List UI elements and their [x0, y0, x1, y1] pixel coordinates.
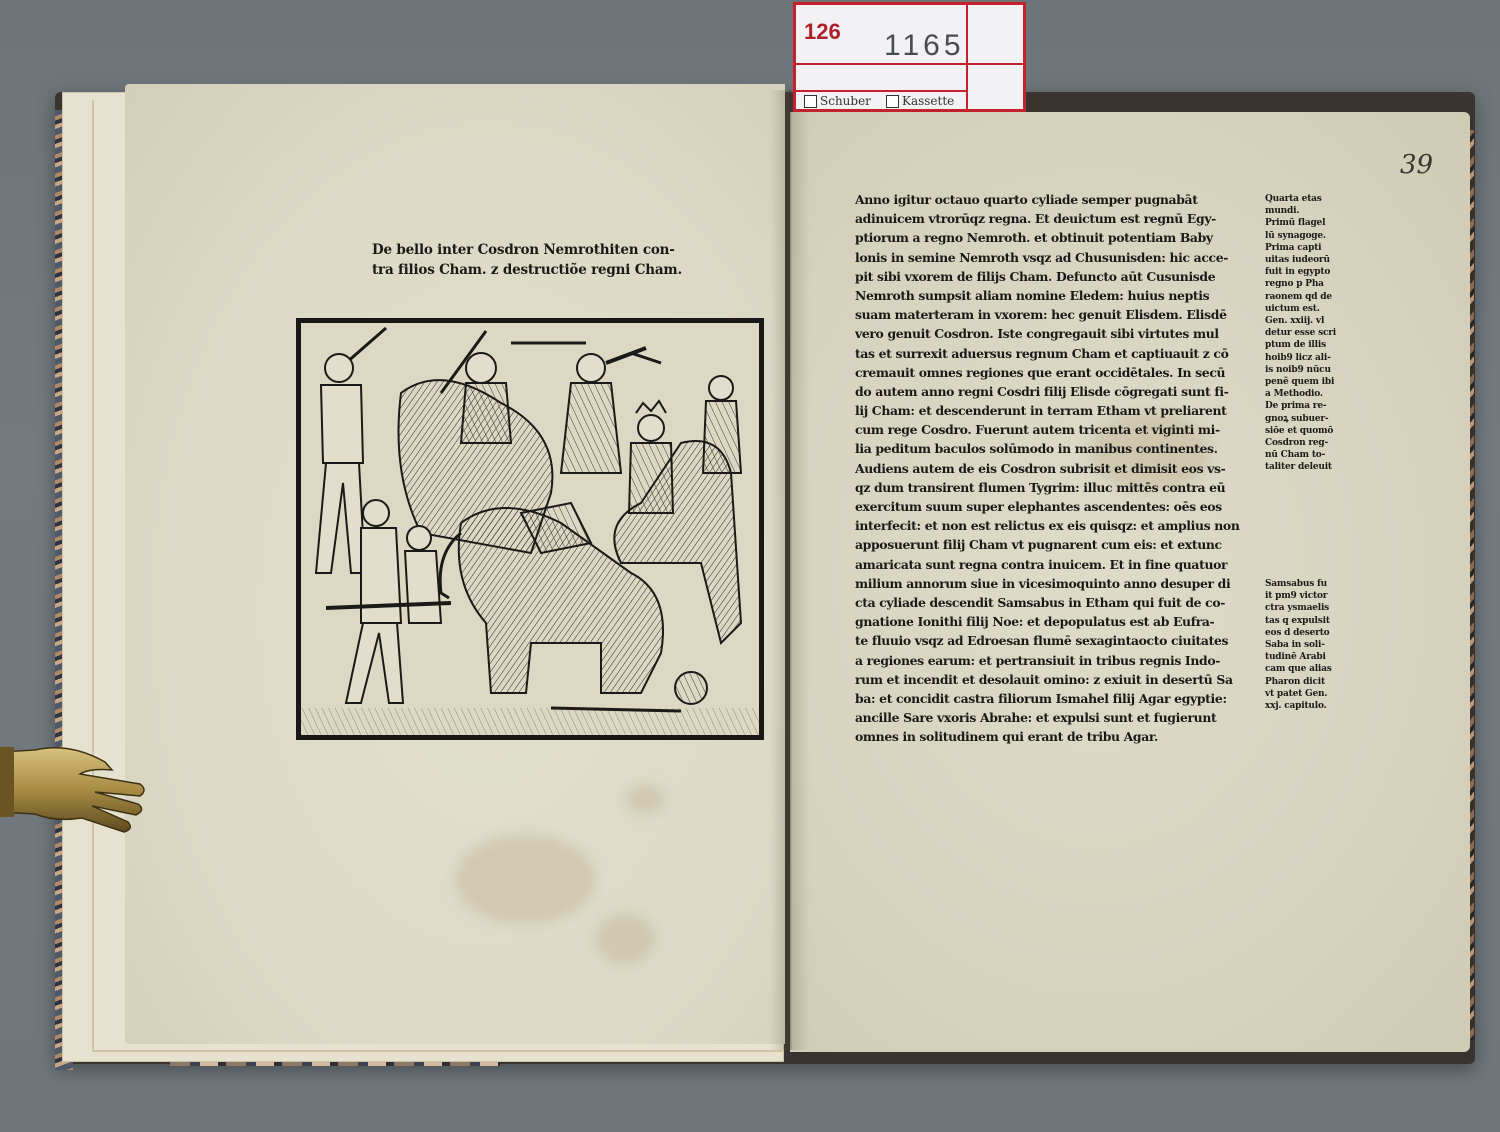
note-line: uitas iudeorū: [1265, 254, 1355, 266]
inventory-number: 1165: [884, 29, 965, 63]
text-line: Nemroth sumpsit aliam nomine Eledem: hui…: [855, 286, 1255, 305]
margin-note-ages-of-world: Quarta etas mundi. Primū flagel lū synag…: [1265, 193, 1355, 474]
text-line: apposuerunt filij Cham vt pugnarent cum …: [855, 535, 1255, 554]
note-line: detur esse scri: [1265, 327, 1355, 339]
text-line: Anno igitur octauo quarto cyliade semper…: [855, 190, 1255, 209]
text-line: cremauit omnes regiones que erant occidē…: [855, 363, 1255, 382]
foxing-stain: [455, 834, 595, 924]
catalogue-label: 126 1165 Schuber Kassette: [793, 2, 1026, 112]
note-line: Primū flagel: [1265, 217, 1355, 229]
text-line: a regiones earum: et pertransiuit in tri…: [855, 651, 1255, 670]
note-line: tas q expulsit: [1265, 615, 1332, 627]
checkbox-kassette[interactable]: Kassette: [886, 94, 954, 108]
label-divider: [796, 90, 966, 92]
note-line: Samsabus fu: [1265, 578, 1332, 590]
note-line: is noib9 nūcu: [1265, 364, 1355, 376]
text-line: vero genuit Cosdron. Iste congregauit si…: [855, 324, 1255, 343]
note-line: gnoꝝ subuer-: [1265, 413, 1355, 425]
note-line: eos d deserto: [1265, 627, 1332, 639]
note-line: Quarta etas: [1265, 193, 1355, 205]
note-line: Pharon dicit: [1265, 676, 1332, 688]
text-line: amaricata sunt regna contra inuicem. Et …: [855, 555, 1255, 574]
text-line: lonis in semine Nemroth vsqz ad Chusunis…: [855, 248, 1255, 267]
book-gutter: [770, 90, 810, 1050]
text-line: rum et incendit et desolauit omino: z ex…: [855, 670, 1255, 689]
note-line: raonem qd de: [1265, 291, 1355, 303]
foxing-stain: [625, 784, 665, 814]
note-line: lū synagoge.: [1265, 230, 1355, 242]
text-line: ba: et concidit castra filiorum Ismahel …: [855, 689, 1255, 708]
text-line: ptiorum a regno Nemroth. et obtinuit pot…: [855, 228, 1255, 247]
checkbox-box[interactable]: [886, 95, 899, 108]
note-line: De prima re-: [1265, 400, 1355, 412]
main-text-block: Anno igitur octauo quarto cyliade semper…: [855, 190, 1255, 746]
woodcut-illustration: [296, 318, 764, 740]
note-line: cam que alias: [1265, 663, 1332, 675]
text-line: cta cyliade descendit Samsabus in Etham …: [855, 593, 1255, 612]
note-line: mundi.: [1265, 205, 1355, 217]
heading-line: De bello inter Cosdron Nemrothiten con-: [372, 240, 712, 260]
text-line: gnatione Ionithi filij Noe: et depopulat…: [855, 612, 1255, 631]
text-line: lij Cham: et descenderunt in terram Etha…: [855, 401, 1255, 420]
text-line: te fluuio vsqz ad Edroesan flumē sexagin…: [855, 631, 1255, 650]
foxing-stain: [595, 914, 655, 964]
text-line: tas et surrexit aduersus regnum Cham et …: [855, 344, 1255, 363]
note-line: ptum de illis: [1265, 339, 1355, 351]
note-line: taliter deleuit: [1265, 461, 1355, 473]
text-line: milium annorum siue in vicesimoquinto an…: [855, 574, 1255, 593]
note-line: it pm9 victor: [1265, 590, 1332, 602]
folio-number: 39: [1400, 150, 1433, 180]
brass-hand-weight-icon: [0, 722, 150, 847]
note-line: Saba in soli-: [1265, 639, 1332, 651]
note-line: regno p Pha: [1265, 278, 1355, 290]
note-line: ctra ysmaelis: [1265, 602, 1332, 614]
note-line: Gen. xxiij. vl: [1265, 315, 1355, 327]
note-line: fuit in egypto: [1265, 266, 1355, 278]
checkbox-box[interactable]: [804, 95, 817, 108]
text-line: interfecit: et non est relictus ex eis q…: [855, 516, 1255, 535]
checkbox-label: Schuber: [820, 94, 871, 108]
checkbox-label: Kassette: [902, 94, 954, 108]
lot-number: 126: [804, 19, 841, 45]
note-line: xxj. capitulo.: [1265, 700, 1332, 712]
text-line: ancille Sare vxoris Abrahe: et expulsi s…: [855, 708, 1255, 727]
note-line: uictum est.: [1265, 303, 1355, 315]
text-line: omnes in solitudinem qui erant de tribu …: [855, 727, 1255, 746]
heading-line: tra filios Cham. z destructiõe regni Cha…: [372, 260, 712, 280]
note-line: Cosdron reg-: [1265, 437, 1355, 449]
margin-note-samsabus: Samsabus fu it pm9 victor ctra ysmaelis …: [1265, 578, 1332, 712]
note-line: Prima capti: [1265, 242, 1355, 254]
note-line: hoib9 licz ali-: [1265, 352, 1355, 364]
note-line: nū Cham to-: [1265, 449, 1355, 461]
text-line: qz dum transirent flumen Tygrim: illuc m…: [855, 478, 1255, 497]
text-line: suam materteram in vxorem: hec genuit El…: [855, 305, 1255, 324]
text-line: do autem anno regni Cosdri filij Elisde …: [855, 382, 1255, 401]
note-line: tudinē Arabi: [1265, 651, 1332, 663]
note-line: a Methodio.: [1265, 388, 1355, 400]
note-line: siōe et quomō: [1265, 425, 1355, 437]
text-line: lia peditum baculos solūmodo in manibus …: [855, 439, 1255, 458]
text-line: Audiens autem de eis Cosdron subrisit et…: [855, 459, 1255, 478]
text-line: exercitum suum super elephantes ascenden…: [855, 497, 1255, 516]
margin-notes: Quarta etas mundi. Primū flagel lū synag…: [1265, 193, 1355, 474]
battle-scene-woodcut: [301, 323, 759, 735]
text-line: cum rege Cosdro. Fuerunt autem tricenta …: [855, 420, 1255, 439]
checkbox-schuber[interactable]: Schuber: [804, 94, 871, 108]
label-divider: [966, 5, 968, 109]
note-line: penẽ quem ibi: [1265, 376, 1355, 388]
note-line: vt patet Gen.: [1265, 688, 1332, 700]
text-line: adinuicem vtrorūqz regna. Et deuictum es…: [855, 209, 1255, 228]
text-line: pit sibi vxorem de filijs Cham. Defuncto…: [855, 267, 1255, 286]
label-divider: [796, 63, 1023, 65]
chapter-heading: De bello inter Cosdron Nemrothiten con- …: [372, 240, 712, 280]
